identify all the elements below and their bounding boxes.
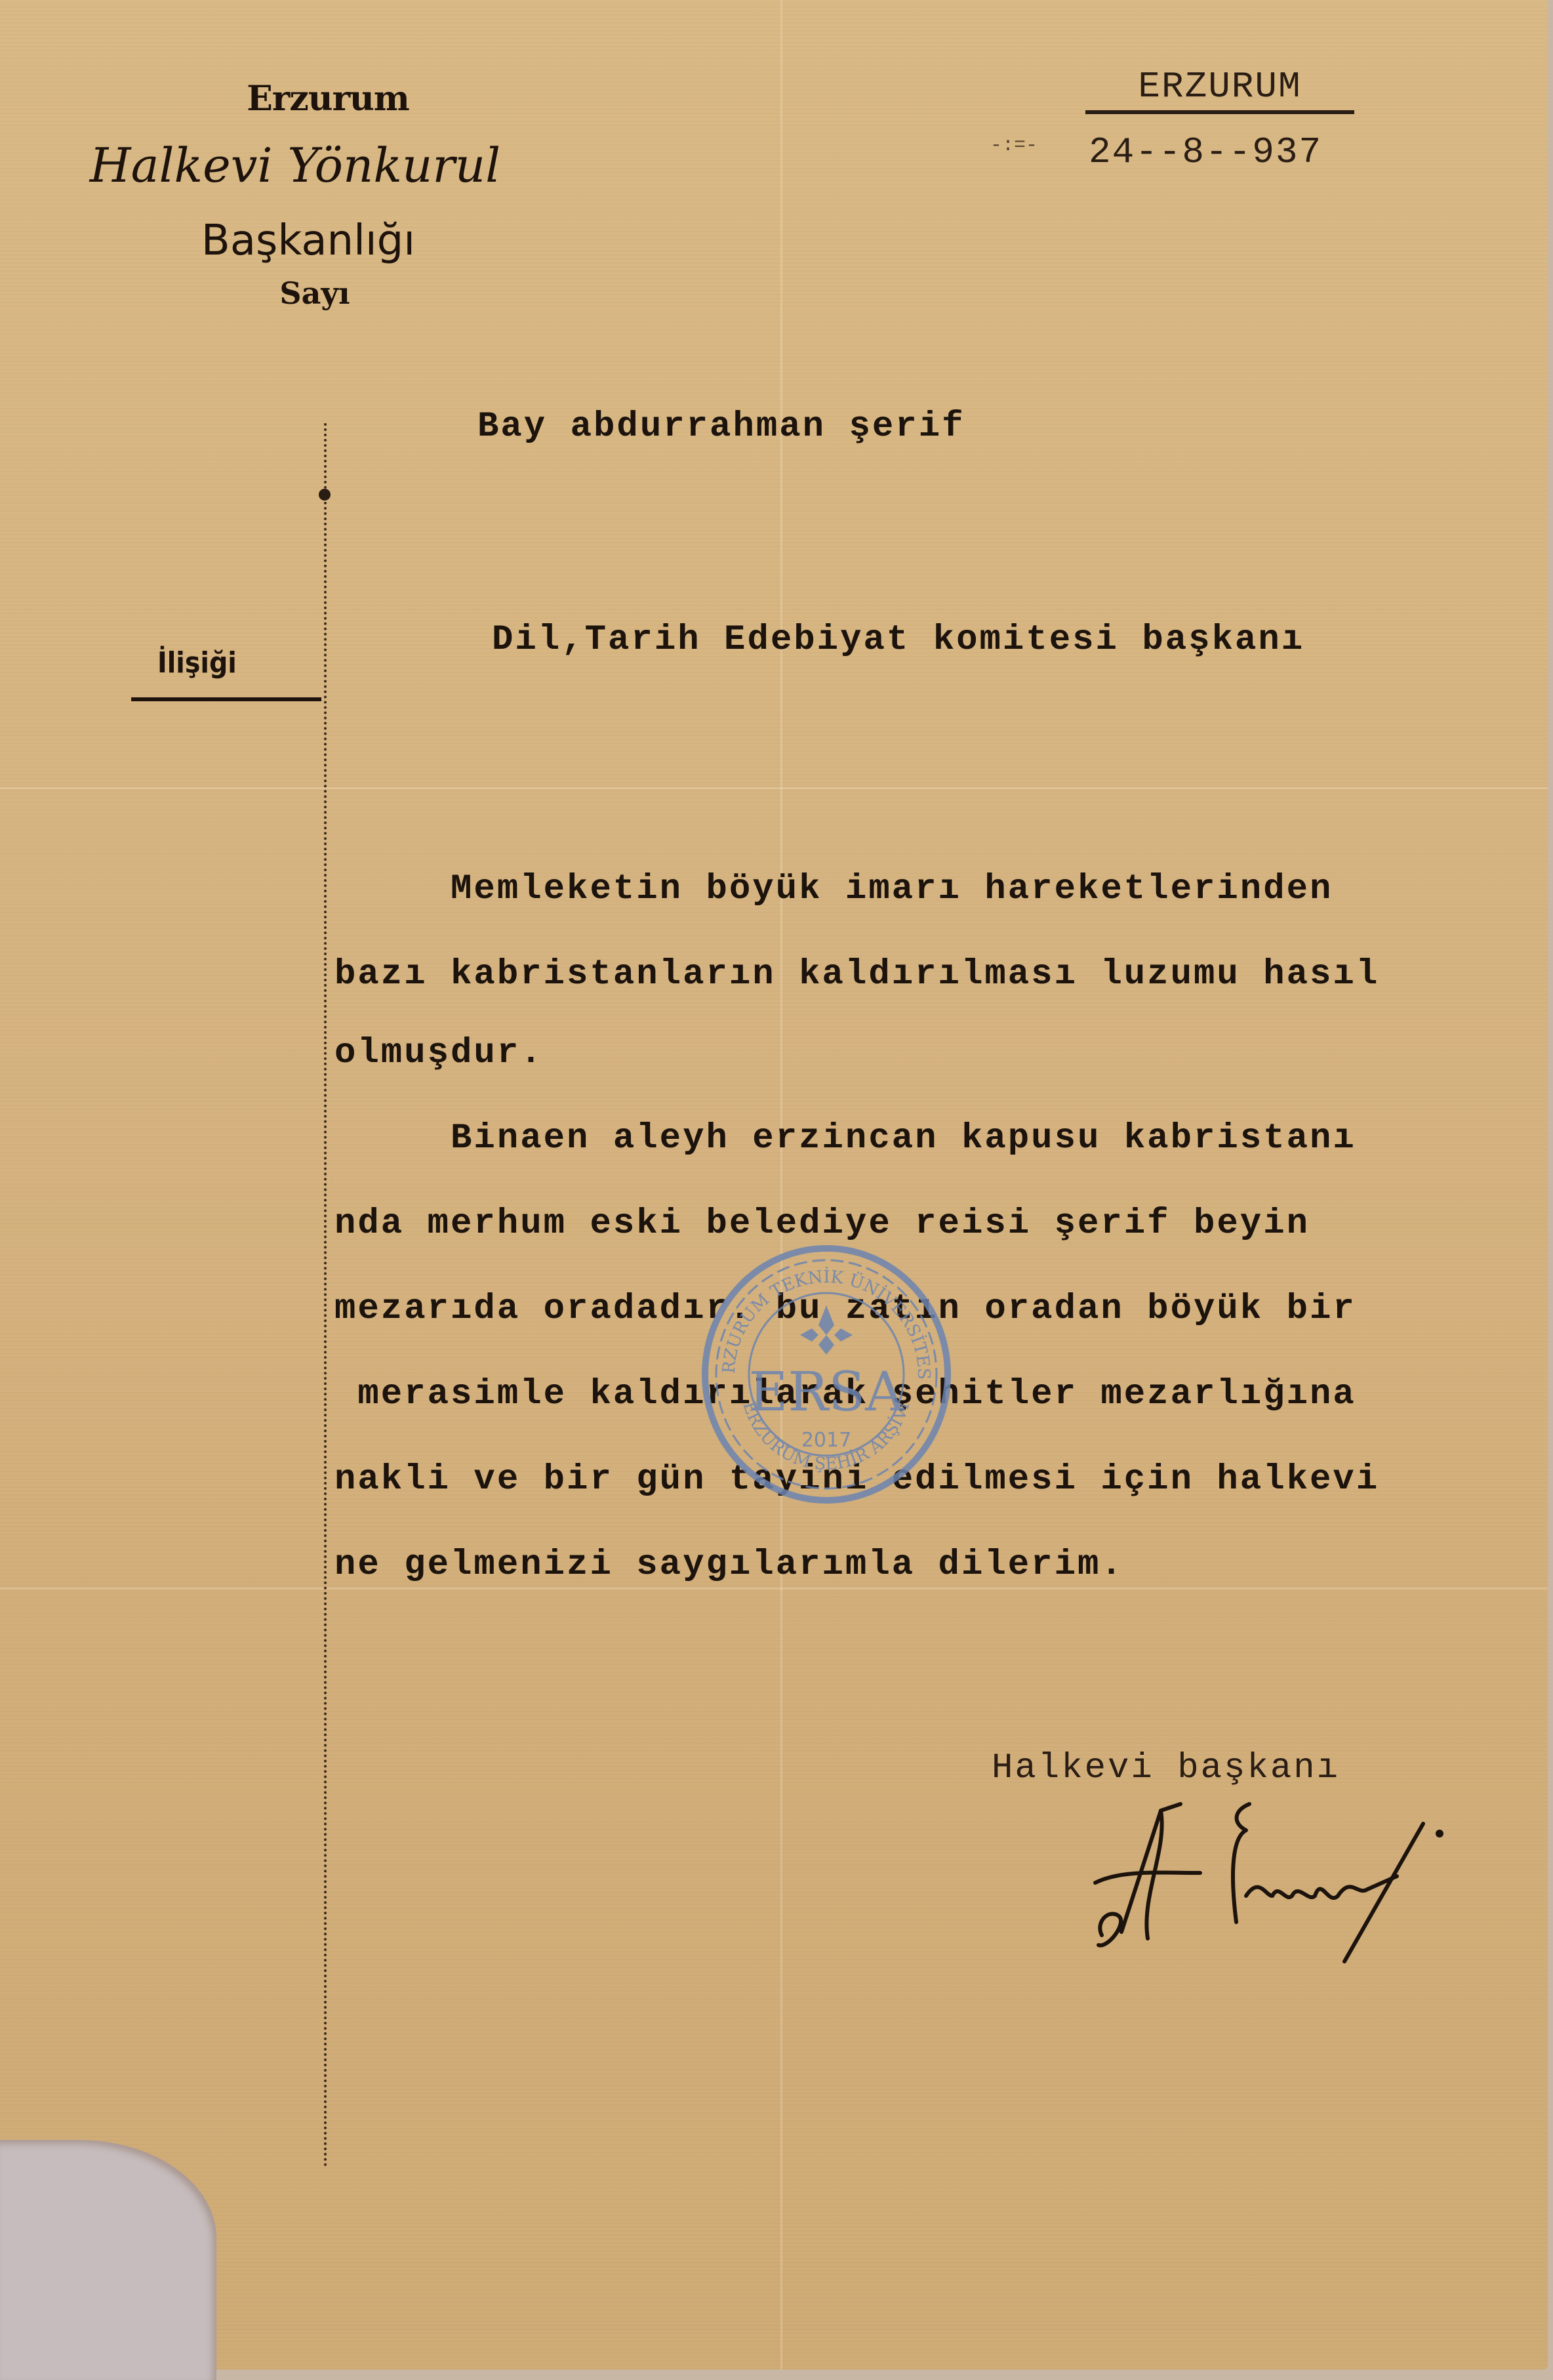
letterhead-department: Başkanlığı [144,216,472,265]
letterhead-organization: Halkevi Yönkurul [33,138,557,193]
body-line-9: ne gelmenizi saygılarımla dilerim. [334,1545,1124,1585]
letterhead-number-label: Sayı [249,276,380,311]
letter-date: 24--8--937 [1089,131,1322,173]
body-line-3: olmuşdur. [334,1033,544,1073]
paper-fold-horizontal [0,787,1548,789]
paper-fold-horizontal [0,1588,1548,1590]
body-line-5: nda merhum eski belediye reisi şerif bey… [334,1204,1310,1244]
document-page: Erzurum Halkevi Yönkurul Başkanlığı Sayı… [0,0,1548,2370]
recipient-line: Bay abdurrahman şerif [477,407,965,447]
margin-dotted-rule [324,423,327,2168]
paper-fold-vertical [780,0,782,2370]
letterhead-city: Erzurum [216,79,439,119]
closing-title: Halkevi başkanı [992,1748,1340,1788]
body-line-4: Binaen aleyh erzincan kapusu kabristanı [334,1118,1356,1159]
recipient-title: Dil,Tarih Edebiyat komitesi başkanı [492,620,1304,660]
svg-text:2017: 2017 [801,1429,851,1452]
punch-mark [319,489,331,501]
body-line-1: Memleketin böyük imarı hareketlerinden [334,869,1333,909]
attachment-underline [131,697,321,701]
place-stamp: ERZURUM [1085,66,1354,114]
torn-corner [0,2140,216,2380]
signature-icon [1082,1797,1489,1968]
archive-stamp-icon: ERZURUM TEKNİK ÜNİVERSİTESİ ERZURUM ŞEHİ… [695,1243,958,1506]
body-line-2: bazı kabristanların kaldırılması luzumu … [334,954,1379,995]
svg-text:ERZURUM TEKNİK ÜNİVERSİTESİ: ERZURUM TEKNİK ÜNİVERSİTESİ [695,1243,933,1380]
date-prefix: -:=- [990,134,1038,157]
svg-text:ERSA: ERSA [749,1361,906,1424]
attachment-label: İlişiği [157,646,237,680]
